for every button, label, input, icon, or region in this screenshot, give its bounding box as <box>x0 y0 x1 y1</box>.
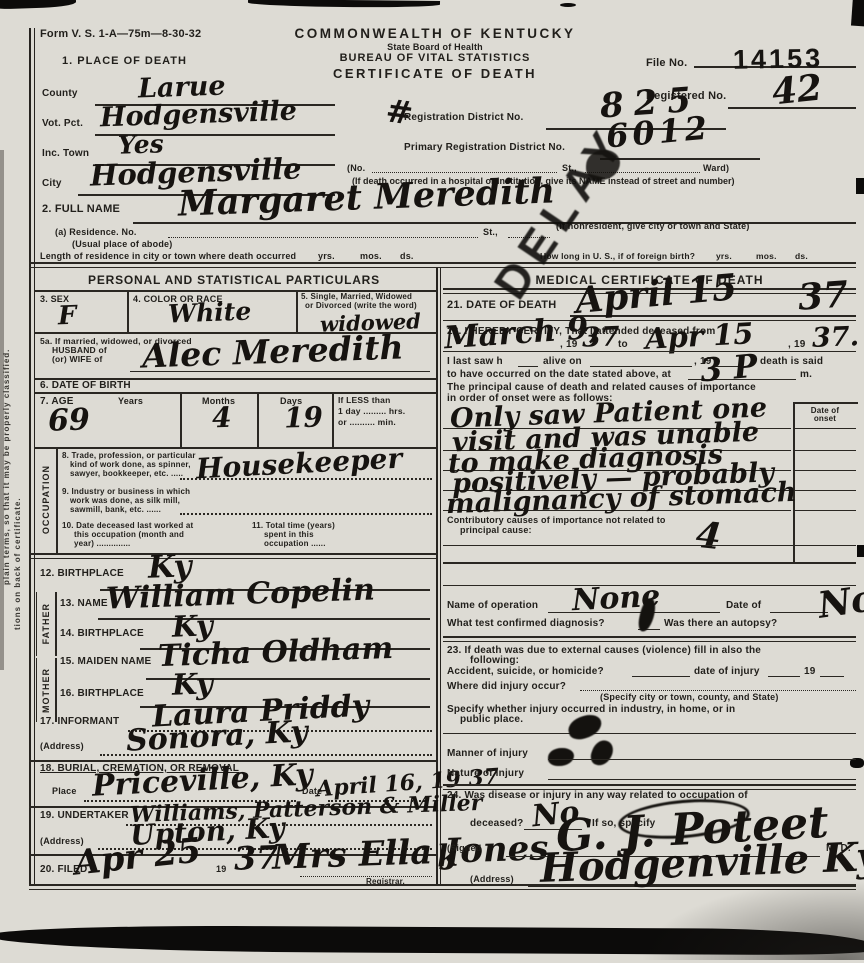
last-worked-label-2: this occupation (month and <box>74 530 184 539</box>
nature-label: Nature of injury <box>447 768 524 779</box>
inc-town-value: Yes <box>118 131 165 158</box>
test-label: What test confirmed diagnosis? <box>447 618 605 629</box>
length-residence-label: Length of residence in city or town wher… <box>40 251 296 261</box>
form-left-border-inner <box>34 28 35 886</box>
form-left-border-outer <box>29 28 31 886</box>
attended-line <box>443 351 856 352</box>
registration-district-label: Registration District No. <box>404 112 523 123</box>
autopsy-answer: No <box>816 580 864 624</box>
race-value: White <box>168 299 252 327</box>
industry-label-2: work was done, as silk mill, <box>70 496 180 505</box>
scan-artifact-top-right <box>851 0 864 26</box>
residence-line <box>168 237 478 238</box>
father-vertical-label: FATHER <box>41 603 51 644</box>
spouse-label-3: (or) WIFE of <box>52 354 103 364</box>
doctor-address-label: (Address) <box>470 874 514 884</box>
informant-label: 17. INFORMANT <box>40 716 119 727</box>
marital-label-1: 5. Single, Married, Widowed <box>301 292 412 301</box>
accident-label: Accident, suicide, or homicide? <box>447 666 604 677</box>
header-state-board: State Board of Health <box>250 42 620 52</box>
age-years-value: 69 <box>47 405 90 436</box>
contributory-line <box>443 545 856 546</box>
mother-bp-value: Ky <box>172 669 214 699</box>
industry-line <box>180 513 432 515</box>
precinct-label: Vot. Pct. <box>42 118 83 129</box>
age-less-1: If LESS than <box>338 395 390 405</box>
last-saw-1: I last saw h <box>447 356 503 367</box>
injury-19-label: 19 <box>804 666 816 677</box>
occupation-strip: OCCUPATION <box>36 447 58 553</box>
onset-line-4 <box>795 490 856 491</box>
precinct-value: Hodgensville <box>100 98 298 132</box>
personal-row3-bottom <box>34 392 436 394</box>
operation-date-label: Date of <box>726 600 761 611</box>
sex-value: F <box>58 303 77 330</box>
burial-place-value: Priceville, Ky <box>91 760 313 802</box>
length-mos: mos. <box>360 251 382 261</box>
print-19-a: , 19 <box>560 339 577 350</box>
scan-artifact-right-2 <box>857 545 864 557</box>
last-saw-blank-1 <box>518 366 538 367</box>
trade-label-1: 8. Trade, profession, or particular <box>62 451 196 460</box>
occurred-label: to have occurred on the date stated abov… <box>447 369 671 380</box>
onset-line-5 <box>795 510 856 511</box>
stray-mark: k <box>436 842 458 873</box>
principal-cause-label-1: The principal cause of death and related… <box>447 382 756 393</box>
ward-no-label: (No. <box>347 163 365 173</box>
contributory-label-1: Contributory causes of importance not re… <box>447 515 666 525</box>
print-19-b: , 19 <box>788 339 805 350</box>
scan-artifact-top-dot <box>560 3 576 7</box>
manner-label: Manner of injury <box>447 748 528 759</box>
father-name-value: William Copelin <box>106 575 376 614</box>
burial-place-label: Place <box>52 786 77 796</box>
full-name-value: Margaret Meredith <box>178 173 556 221</box>
age-less-2: 1 day ......... hrs. <box>338 406 405 416</box>
father-name-line <box>98 618 430 620</box>
ink-blot-1 <box>566 712 605 742</box>
where-note: (Specify city or town, county, and State… <box>600 692 779 702</box>
age-border-2 <box>257 392 259 447</box>
specify-line <box>443 733 856 734</box>
q23-label-2: following: <box>470 655 519 666</box>
manner-line <box>548 759 856 760</box>
last-saw-4: death is said <box>760 356 823 367</box>
contributory-label-2: principal cause: <box>460 525 532 535</box>
informant-addr-value: Sonora, Ky <box>125 717 308 756</box>
ward-ward-label: Ward) <box>703 163 729 173</box>
occurred-m-label: m. <box>800 369 812 380</box>
industry-label-1: 9. Industry or business in which <box>62 487 190 496</box>
dod-year-value: 37 <box>797 276 849 315</box>
age-border-1 <box>180 392 182 447</box>
informant-addr-label: (Address) <box>40 741 84 751</box>
total-time-label-2: spent in this <box>264 530 314 539</box>
residence-st-label: St., <box>483 227 498 237</box>
personal-title: PERSONAL AND STATISTICAL PARTICULARS <box>34 273 434 287</box>
total-time-label-1: 11. Total time (years) <box>252 521 335 530</box>
registrar-signature: Mrs Ella Jones <box>271 831 548 875</box>
undertaker-label: 19. UNDERTAKER <box>40 810 129 821</box>
birthplace-label: 12. BIRTHPLACE <box>40 568 124 579</box>
where-label: Where did injury occur? <box>447 681 566 692</box>
mother-name-label: 15. MAIDEN NAME <box>60 656 151 667</box>
county-label: County <box>42 88 78 99</box>
file-no-label: File No. <box>646 57 687 69</box>
father-bp-label: 14. BIRTHPLACE <box>60 628 144 639</box>
header-bureau: BUREAU OF VITAL STATISTICS <box>250 52 620 64</box>
age-days-value: 19 <box>284 403 324 432</box>
onset-line-3 <box>795 470 856 471</box>
q24-label-2: deceased? <box>470 818 524 829</box>
age-border-3 <box>332 392 334 447</box>
operation-label: Name of operation <box>447 600 538 611</box>
length-ds: ds. <box>400 251 414 261</box>
dob-label: 6. DATE OF BIRTH <box>40 380 131 391</box>
margin-instruction-note-1: plain terms, so that it may be properly … <box>2 255 11 585</box>
occupation-bottom-rule <box>29 553 436 559</box>
age-less-3: or .......... min. <box>338 417 396 427</box>
scan-artifact-top-streak <box>248 0 440 8</box>
accident-blank <box>632 676 690 677</box>
section-place-of-death: 1. PLACE OF DEATH <box>62 55 187 67</box>
time-of-death-value: 3 P <box>699 350 759 387</box>
injury-date-blank <box>768 676 800 677</box>
occupation-vertical-label: OCCUPATION <box>41 465 51 534</box>
foreign-yrs: yrs. <box>716 251 732 261</box>
autopsy-label: Was there an autopsy? <box>664 618 777 629</box>
length-yrs: yrs. <box>318 251 335 261</box>
contributory-bottom <box>443 562 856 564</box>
last-saw-blank-2 <box>590 366 692 367</box>
margin-instruction-note-2: tions on back of certificate. <box>13 430 22 630</box>
header-center: COMMONWEALTH OF KENTUCKY State Board of … <box>250 26 620 81</box>
ink-blot-2 <box>588 737 616 768</box>
mother-strip: MOTHER <box>36 658 57 722</box>
mother-vertical-label: MOTHER <box>41 668 51 713</box>
abode-note: (Usual place of abode) <box>72 239 172 249</box>
last-worked-label-1: 10. Date deceased last worked at <box>62 521 193 530</box>
death-certificate-scan: plain terms, so that it may be properly … <box>0 0 864 963</box>
form-number: Form V. S. 1-A—75m—8-30-32 <box>40 28 201 40</box>
registered-no-value: 42 <box>770 69 824 110</box>
scan-artifact-right-1 <box>856 178 864 194</box>
where-blank <box>580 690 856 691</box>
autopsy-bottom-rule <box>443 636 856 642</box>
industry-label-3: sawmill, bank, etc. ...... <box>70 505 161 514</box>
spouse-value: Alec Meredith <box>142 330 404 372</box>
trade-label-3: sawyer, bookkeeper, etc. ..... <box>70 469 183 478</box>
attended-to-label: to <box>618 339 628 350</box>
last-worked-label-3: year) .............. <box>74 539 130 548</box>
primary-district-label: Primary Registration District No. <box>404 142 565 153</box>
injury-date-label: date of injury <box>694 666 760 677</box>
onset-line-1 <box>795 428 856 429</box>
cell-border-1 <box>127 290 129 332</box>
attended-from-year: 37 <box>582 323 620 351</box>
dod-label: 21. DATE OF DEATH <box>447 299 556 311</box>
filed-date-value: Apr 25 <box>73 833 203 880</box>
foreign-mos: mos. <box>756 251 777 261</box>
scan-artifact-top-left <box>0 0 76 9</box>
residence-label: (a) Residence. No. <box>55 227 137 237</box>
ink-blot-3 <box>548 748 574 766</box>
last-saw-2: alive on <box>543 356 582 367</box>
total-time-label-3: occupation ...... <box>264 539 326 548</box>
age-months-value: 4 <box>212 404 232 433</box>
injury-19-blank <box>820 676 844 677</box>
mother-bp-label: 16. BIRTHPLACE <box>60 688 144 699</box>
header-certificate-title: CERTIFICATE OF DEATH <box>250 66 620 81</box>
city-label: City <box>42 178 62 189</box>
doctor-address-value: Hodgenville Ky <box>539 837 864 889</box>
specify-label-2: public place. <box>460 714 523 725</box>
attended-to-year: 37. <box>812 323 860 352</box>
filed-19-label: 19 <box>216 864 226 874</box>
trade-label-2: kind of work done, as spinner, <box>70 460 191 469</box>
onset-box <box>793 402 858 564</box>
header-commonwealth: COMMONWEALTH OF KENTUCKY <box>250 26 620 41</box>
father-strip: FATHER <box>36 592 57 656</box>
onset-line-2 <box>795 450 856 451</box>
inc-town-label: Inc. Town <box>42 148 89 159</box>
father-name-label: 13. NAME <box>60 598 108 609</box>
full-name-label: 2. FULL NAME <box>42 203 120 215</box>
age-years-label: Years <box>118 396 143 406</box>
nature-line <box>548 779 856 780</box>
scan-artifact-bottom-shade <box>640 880 864 960</box>
foreign-ds: ds. <box>795 251 808 261</box>
contributory-mark: 4 <box>694 517 723 555</box>
onset-label-2: onset <box>795 414 855 423</box>
cell-border-2 <box>296 290 298 332</box>
